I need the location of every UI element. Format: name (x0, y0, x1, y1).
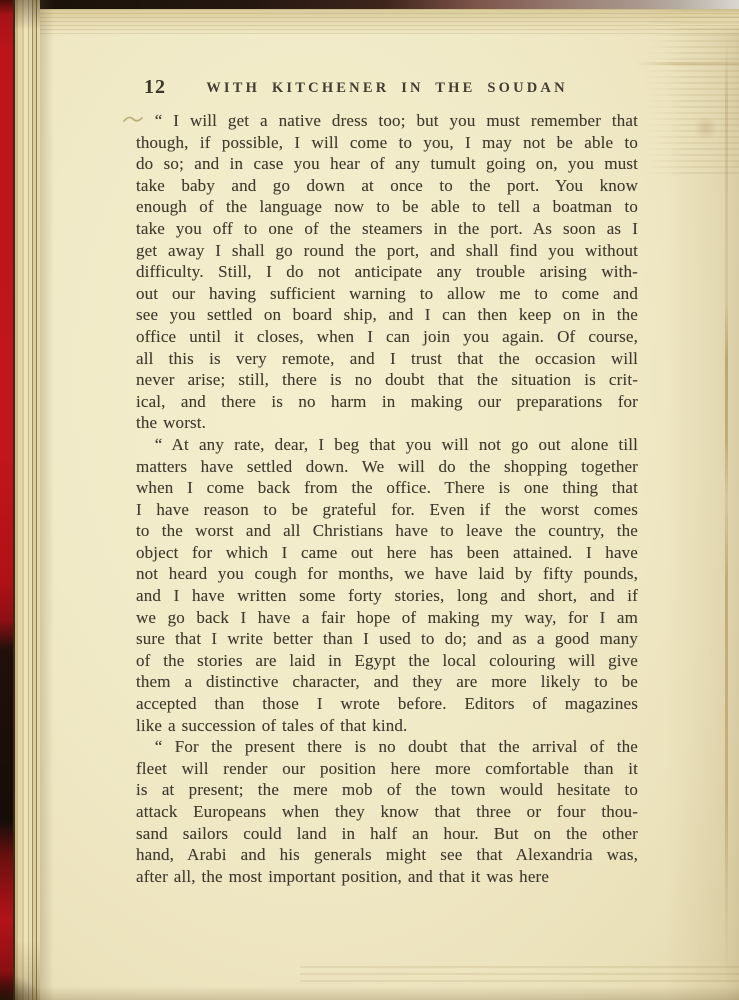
page-stain (692, 116, 720, 140)
paragraph: “ I will get a native dress too; but you… (136, 110, 638, 434)
text-line: accepted than those I wrote before. Edit… (136, 693, 638, 715)
text-line: though, if possible, I will come to you,… (136, 132, 638, 154)
text-line: I have reason to be grateful for. Even i… (136, 499, 638, 521)
page-edge-right (725, 0, 728, 1000)
page-crease (635, 62, 739, 65)
text-line: them a distinctive character, and they a… (136, 671, 638, 693)
text-line: matters have settled down. We will do th… (136, 456, 638, 478)
bottom-shadow (0, 986, 739, 1000)
text-line: take you off to one of the steamers in t… (136, 218, 638, 240)
text-line: office until it closes, when I can join … (136, 326, 638, 348)
page-edges-left (13, 0, 40, 1000)
text-line: after all, the most important position, … (136, 866, 638, 888)
book-photo: 12 WITH KITCHENER IN THE SOUDAN “ I will… (0, 0, 739, 1000)
text-line: see you settled on board ship, and I can… (136, 304, 638, 326)
text-line: object for which I came out here has bee… (136, 542, 638, 564)
text-line: all this is very remote, and I trust tha… (136, 348, 638, 370)
text-line: when I come back from the office. There … (136, 477, 638, 499)
text-line: out our having sufficient warning to all… (136, 283, 638, 305)
text-line: ical, and there is no harm in making our… (136, 391, 638, 413)
text-line: do so; and in case you hear of any tumul… (136, 153, 638, 175)
text-line: sure that I write better than I used to … (136, 628, 638, 650)
text-line: and I have written some forty stories, l… (136, 585, 638, 607)
gutter-shadow (40, 0, 54, 1000)
page-edges-top (0, 9, 739, 35)
text-line: “ I will get a native dress too; but you… (136, 110, 638, 132)
text-line: difficulty. Still, I do not anticipate a… (136, 261, 638, 283)
text-line: never arise; still, there is no doubt th… (136, 369, 638, 391)
text-line: get away I shall go round the port, and … (136, 240, 638, 262)
text-line: is at present; the mere mob of the town … (136, 779, 638, 801)
bottom-left-corner-shadow (0, 974, 42, 1000)
text-line: to the worst and all Christians have to … (136, 520, 638, 542)
text-line: “ For the present there is no doubt that… (136, 736, 638, 758)
text-line: “ At any rate, dear, I beg that you will… (136, 434, 638, 456)
text-line: like a succession of tales of that kind. (136, 715, 638, 737)
text-line: fleet will render our position here more… (136, 758, 638, 780)
text-line: attack Europeans when they know that thr… (136, 801, 638, 823)
running-title: WITH KITCHENER IN THE SOUDAN (136, 80, 638, 97)
text-line: we go back I have a fair hope of making … (136, 607, 638, 629)
text-line: hand, Arabi and his generals might see t… (136, 844, 638, 866)
book-cover-top-edge (0, 0, 739, 9)
text-line: not heard you cough for months, we have … (136, 563, 638, 585)
text-line: sand sailors could land in half an hour.… (136, 823, 638, 845)
text-line: of the stories are laid in Egypt the loc… (136, 650, 638, 672)
text-line: enough of the language now to be able to… (136, 196, 638, 218)
book-spine-red (0, 0, 13, 1000)
paragraph: “ For the present there is no doubt that… (136, 736, 638, 887)
text-block: “ I will get a native dress too; but you… (136, 110, 638, 887)
text-line: take baby and go down at once to the por… (136, 175, 638, 197)
page-edges-bottom-right (300, 966, 739, 984)
paragraph: “ At any rate, dear, I beg that you will… (136, 434, 638, 736)
text-line: the worst. (136, 412, 638, 434)
page-header: 12 WITH KITCHENER IN THE SOUDAN (136, 76, 638, 104)
